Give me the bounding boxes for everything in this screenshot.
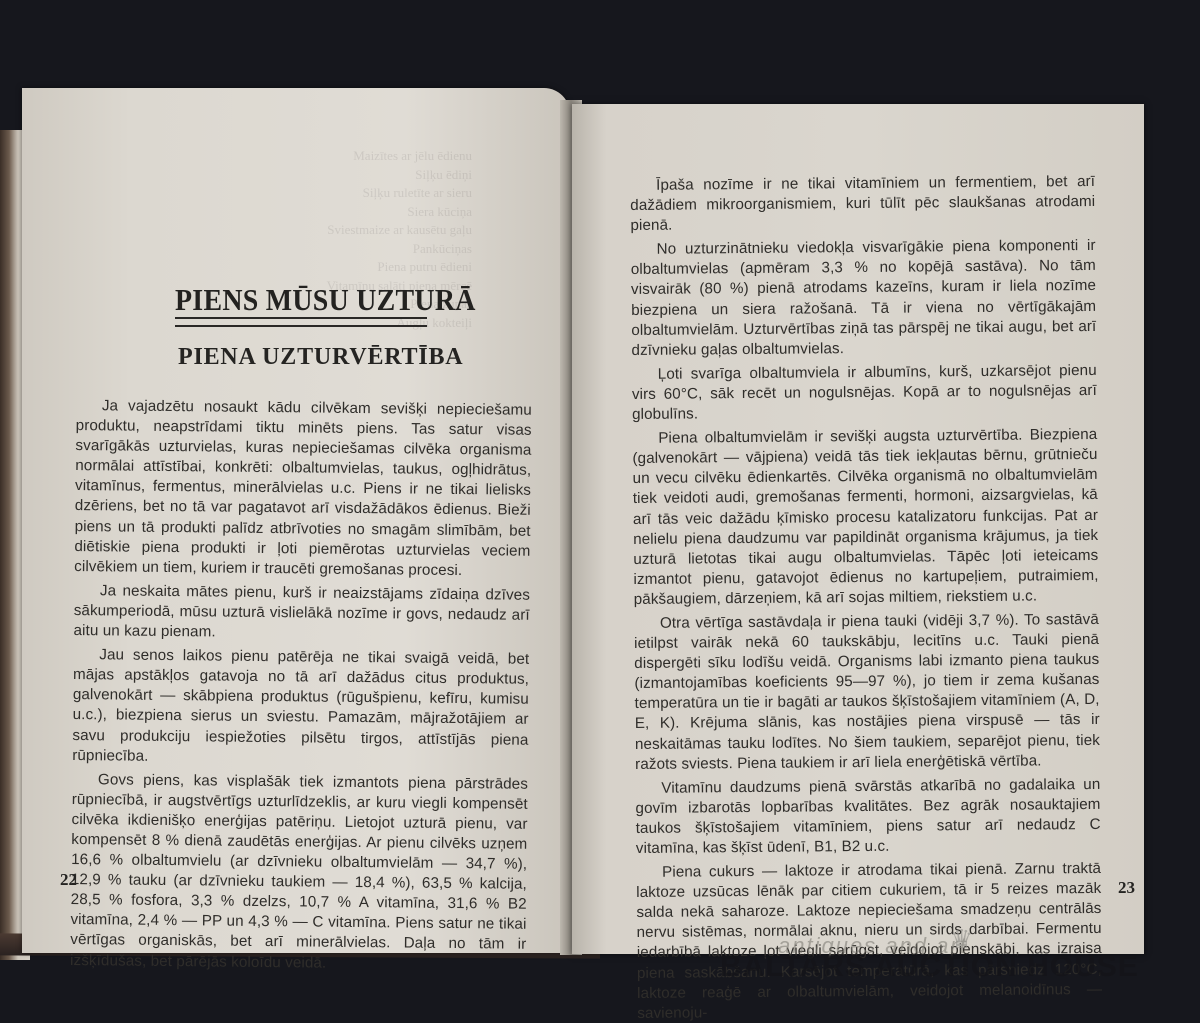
paragraph: Jau senos laikos pienu patērēja ne tikai… <box>72 645 529 770</box>
paragraph: Govs piens, kas visplašāk tiek izmantots… <box>70 770 528 976</box>
watermark-brand: BALTARS AUCTION HOUSE <box>720 950 1139 984</box>
left-text-column: Ja vajadzētu nosaukt kādu cilvēkam seviš… <box>70 396 532 979</box>
section-title: PIENA UZTURVĒRTĪBA <box>178 344 463 371</box>
paragraph: Ja vajadzētu nosaukt kādu cilvēkam seviš… <box>74 396 532 582</box>
paragraph: Ja neskaita mātes pienu, kurš ir neaizst… <box>73 581 530 646</box>
paragraph: Vitamīnu daudzums pienā svārstās atkarīb… <box>635 775 1101 859</box>
paragraph: Piena olbaltumvielām ir sevišķi augsta u… <box>632 425 1099 610</box>
page-number-left: 22 <box>60 870 77 890</box>
chapter-title: PIENS MŪSU UZTURĀ <box>175 282 476 318</box>
paragraph: Īpaša nozīme ir ne tikai vitamīniem un f… <box>630 172 1096 236</box>
page-number-right: 23 <box>1118 878 1135 898</box>
paragraph: Otra vērtīga sastāvdaļa ir piena tauki (… <box>634 610 1100 775</box>
paragraph: Ļoti svarīga olbaltumviela ir albumīns, … <box>632 361 1098 425</box>
title-double-rule <box>175 317 427 327</box>
paragraph: No uzturzinātnieku viedokļa visvarīgākie… <box>631 236 1097 361</box>
right-text-column: Īpaša nozīme ir ne tikai vitamīniem un f… <box>630 172 1102 1023</box>
